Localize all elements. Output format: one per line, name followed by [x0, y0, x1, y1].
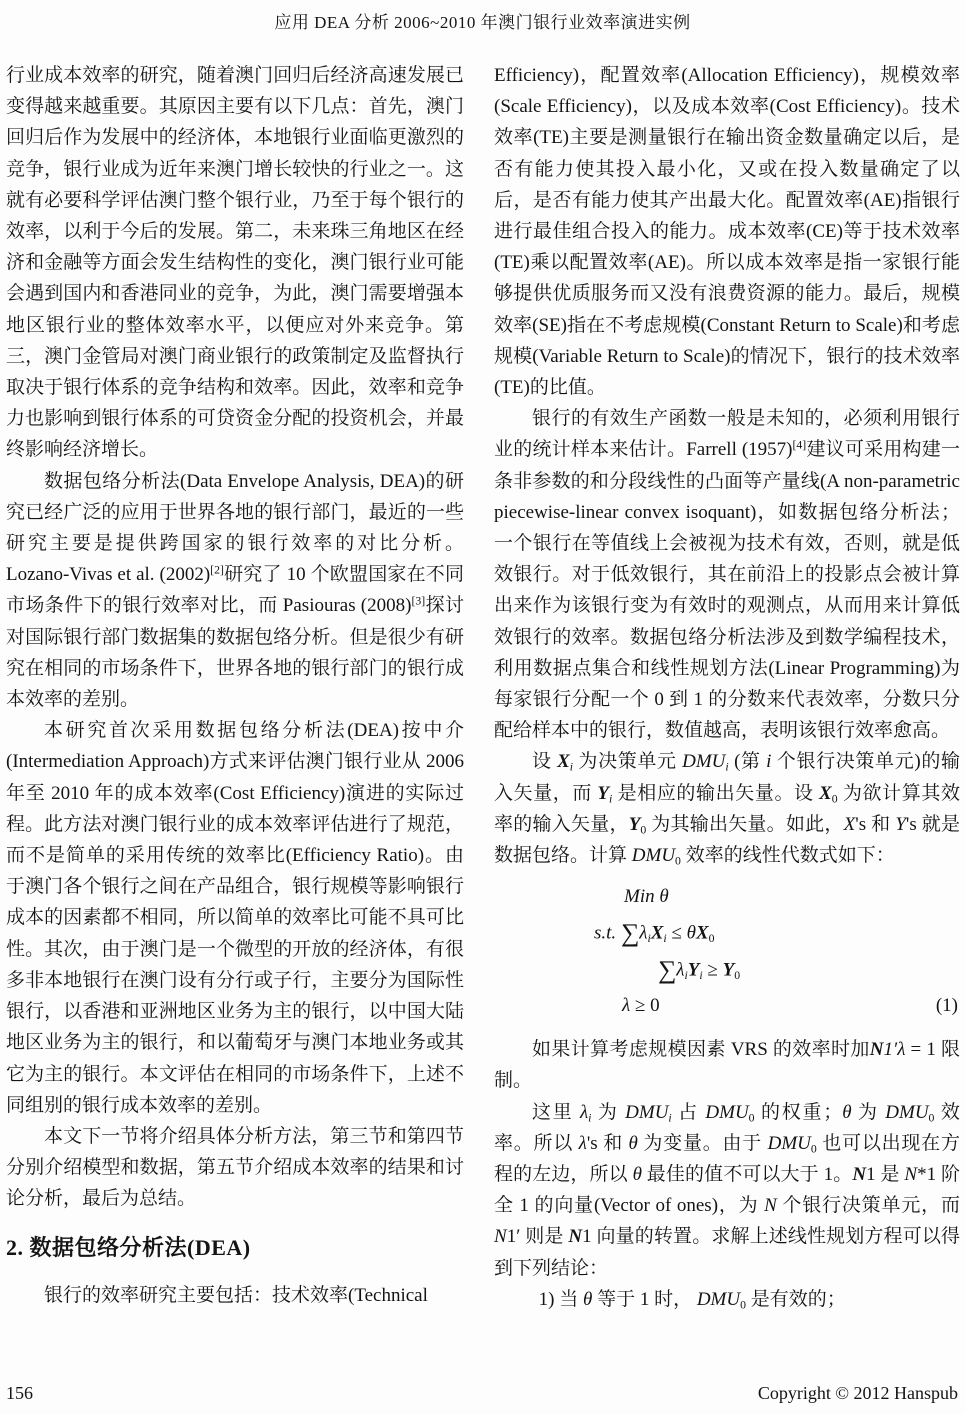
- text-segment: θ: [583, 1289, 592, 1310]
- page-number: 156: [6, 1383, 33, 1404]
- left-column: 行业成本效率的研究，随着澳门回归后经济高速发展已变得越来越重要。其原因主要有以下…: [6, 60, 464, 1315]
- text-segment: [2]: [210, 564, 224, 577]
- text-segment: [4]: [792, 439, 806, 452]
- running-title: 应用 DEA 分析 2006~2010 年澳门银行业效率演进实例: [274, 13, 690, 32]
- text-segment: N: [568, 1226, 582, 1247]
- text-segment: Min: [624, 886, 655, 907]
- summation-symbol: ∑: [658, 955, 676, 984]
- text-segment: s.t.: [594, 923, 616, 944]
- text-segment: 's 和: [587, 1133, 629, 1154]
- page-footer: 156 Copyright © 2012 Hanspub: [6, 1383, 958, 1404]
- text-segment: Y: [895, 814, 906, 835]
- document-page: 应用 DEA 分析 2006~2010 年澳门银行业效率演进实例 行业成本效率的…: [0, 0, 965, 1414]
- equation-line: ∑λiYi ≥ Y0: [494, 952, 960, 988]
- text-segment: 占: [672, 1102, 706, 1123]
- text-segment: 的权重；: [755, 1102, 843, 1123]
- text-segment: 建议可采用构建一条非参数的和分段线性的凸面等产量线(A non-parametr…: [494, 439, 960, 741]
- text-segment: DMU: [768, 1133, 811, 1154]
- paragraph: 这里 λi 为 DMUi 占 DMU0 的权重；θ 为 DMU0 效率。所以 λ…: [494, 1097, 960, 1284]
- text-segment: N: [870, 1039, 884, 1060]
- text-segment: [3]: [411, 595, 425, 608]
- paragraph: 本研究首次采用数据包络分析法(DEA)按中介(Intermediation Ap…: [6, 715, 464, 1121]
- text-segment: ≥: [703, 959, 723, 980]
- text-segment: 为: [852, 1102, 886, 1123]
- text-segment: DMU: [705, 1102, 748, 1123]
- copyright-notice: Copyright © 2012 Hanspub: [758, 1383, 958, 1404]
- text-segment: 如果计算考虑规模因素 VRS 的效率时加: [532, 1039, 870, 1060]
- text-segment: λ: [579, 1133, 587, 1154]
- text-segment: 效率的线性代数式如下：: [681, 845, 895, 866]
- text-segment: 个银行决策单元，而: [777, 1195, 960, 1216]
- text-segment: 本研究首次采用数据包络分析法(DEA)按中介(Intermediation Ap…: [6, 720, 464, 1115]
- list-item: 1) 当 θ 等于 1 时， DMU0 是有效的；: [494, 1284, 960, 1315]
- text-segment: Efficiency)，配置效率(Allocation Efficiency)，…: [494, 65, 960, 398]
- text-segment: 是有效的；: [746, 1289, 846, 1310]
- text-segment: 银行的效率研究主要包括：技术效率(Technical: [44, 1285, 428, 1306]
- text-segment: N: [852, 1164, 866, 1185]
- text-segment: 这里: [532, 1102, 580, 1123]
- text-segment: 等于 1 时，: [592, 1289, 697, 1310]
- text-segment: Y: [723, 959, 735, 980]
- text-segment: 1′ 则是: [507, 1226, 569, 1247]
- paragraph: 行业成本效率的研究，随着澳门回归后经济高速发展已变得越来越重要。其原因主要有以下…: [6, 60, 464, 466]
- text-segment: N: [904, 1164, 917, 1185]
- paragraph: 数据包络分析法(Data Envelope Analysis, DEA)的研究已…: [6, 466, 464, 716]
- text-segment: θ: [842, 1102, 851, 1123]
- text-segment: DMU: [632, 845, 675, 866]
- page-header: 应用 DEA 分析 2006~2010 年澳门银行业效率演进实例: [0, 8, 965, 33]
- text-segment: λ: [580, 1102, 588, 1123]
- summation-symbol: ∑: [621, 918, 639, 947]
- equation-line: s.t. ∑λiXi ≤ θX0: [494, 915, 960, 951]
- text-segment: DMU: [697, 1289, 740, 1310]
- paragraph: Efficiency)，配置效率(Allocation Efficiency)，…: [494, 60, 960, 403]
- right-column: Efficiency)，配置效率(Allocation Efficiency)，…: [494, 60, 960, 1315]
- text-segment: X: [844, 814, 856, 835]
- text-segment: 1 是: [866, 1164, 904, 1185]
- text-segment: X: [557, 751, 570, 772]
- text-segment: 本文下一节将介绍具体分析方法，第三节和第四节分别介绍模型和数据，第五节介绍成本效…: [6, 1126, 464, 1209]
- text-segment: N: [494, 1226, 507, 1247]
- section-heading: 2. 数据包络分析法(DEA): [6, 1231, 464, 1262]
- paragraph: 如果计算考虑规模因素 VRS 的效率时加N1′λ = 1 限制。: [494, 1034, 960, 1096]
- text-segment: Y: [597, 783, 609, 804]
- paragraph: 本文下一节将介绍具体分析方法，第三节和第四节分别介绍模型和数据，第五节介绍成本效…: [6, 1121, 464, 1215]
- text-segment: (第: [729, 751, 766, 772]
- text-segment: 最佳的值不可以大于 1。: [642, 1164, 852, 1185]
- text-segment: θ: [629, 1133, 638, 1154]
- text-segment: 0: [709, 932, 715, 945]
- text-segment: 0: [734, 969, 740, 982]
- text-segment: ≥ 0: [630, 995, 659, 1016]
- text-segment: X: [696, 923, 709, 944]
- equation: Min θs.t. ∑λiXi ≤ θX0∑λiYi ≥ Y0λ ≥ 0(1): [494, 879, 960, 1024]
- paragraph: 设 Xi 为决策单元 DMUi (第 i 个银行决策单元)的输入矢量，而 Yi …: [494, 746, 960, 871]
- text-segment: N: [764, 1195, 777, 1216]
- text-segment: λ: [676, 959, 684, 980]
- text-segment: 1′: [884, 1039, 898, 1060]
- text-segment: X: [651, 923, 664, 944]
- text-segment: θ: [633, 1164, 642, 1185]
- equation-number: (1): [936, 988, 958, 1024]
- text-segment: DMU: [885, 1102, 928, 1123]
- equation-line: λ ≥ 0(1): [494, 988, 960, 1024]
- text-segment: 为决策单元: [573, 751, 682, 772]
- text-segment: ≤: [667, 923, 687, 944]
- text-segment: 为: [591, 1102, 625, 1123]
- text-segment: DMU: [682, 751, 725, 772]
- text-segment: 1) 当: [539, 1289, 583, 1310]
- text-segment: λ: [622, 995, 630, 1016]
- text-segment: 's 和: [855, 814, 895, 835]
- text-segment: 是相应的输出矢量。设: [612, 783, 819, 804]
- text-segment: DMU: [625, 1102, 668, 1123]
- paragraph: 银行的有效生产函数一般是未知的，必须利用银行业的统计样本来估计。Farrell …: [494, 403, 960, 746]
- paragraph: 银行的效率研究主要包括：技术效率(Technical: [6, 1280, 464, 1311]
- text-segment: θ: [687, 923, 696, 944]
- equation-line: Min θ: [494, 879, 960, 915]
- text-segment: X: [819, 783, 832, 804]
- text-segment: 行业成本效率的研究，随着澳门回归后经济高速发展已变得越来越重要。其原因主要有以下…: [6, 65, 464, 460]
- text-segment: Y: [629, 814, 641, 835]
- text-segment: 设: [532, 751, 557, 772]
- text-segment: Y: [688, 959, 700, 980]
- text-segment: 为其输出矢量。如此，: [646, 814, 843, 835]
- text-segment: 为变量。由于: [638, 1133, 768, 1154]
- text-segment: θ: [659, 886, 668, 907]
- two-column-body: 行业成本效率的研究，随着澳门回归后经济高速发展已变得越来越重要。其原因主要有以下…: [6, 60, 960, 1315]
